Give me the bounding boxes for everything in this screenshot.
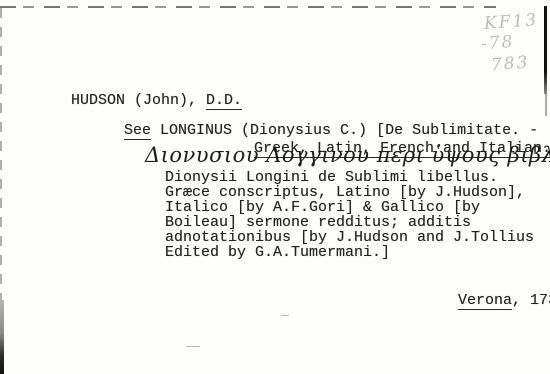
card-top-edge [0,6,496,8]
pencil-shelfmark-line: -78 [480,32,515,54]
scan-speck [186,346,200,347]
card-right-edge [544,6,547,94]
pencil-shelfmark-line: KF13 [483,10,538,34]
imprint-place: Verona [458,292,512,310]
greek-title-handwritten: Διονυσιου Λογγινου περι ὑψους βιβλιον... [145,142,550,168]
catalogue-card: KF13 -78 783 HUDSON (John), D.D. See LON… [0,0,550,374]
card-left-edge [0,8,2,303]
imprint-line: Verona, 1733. [422,277,550,325]
card-left-edge-shadow [0,300,4,374]
pencil-shelfmark-line: 783 [490,53,530,76]
description-line: Edited by G.A.Tumermani.] [165,245,390,261]
imprint-year: , 1733. [512,292,550,309]
card-right-edge-fade [545,94,547,116]
scan-speck [281,315,289,316]
see-word: See [124,122,151,140]
